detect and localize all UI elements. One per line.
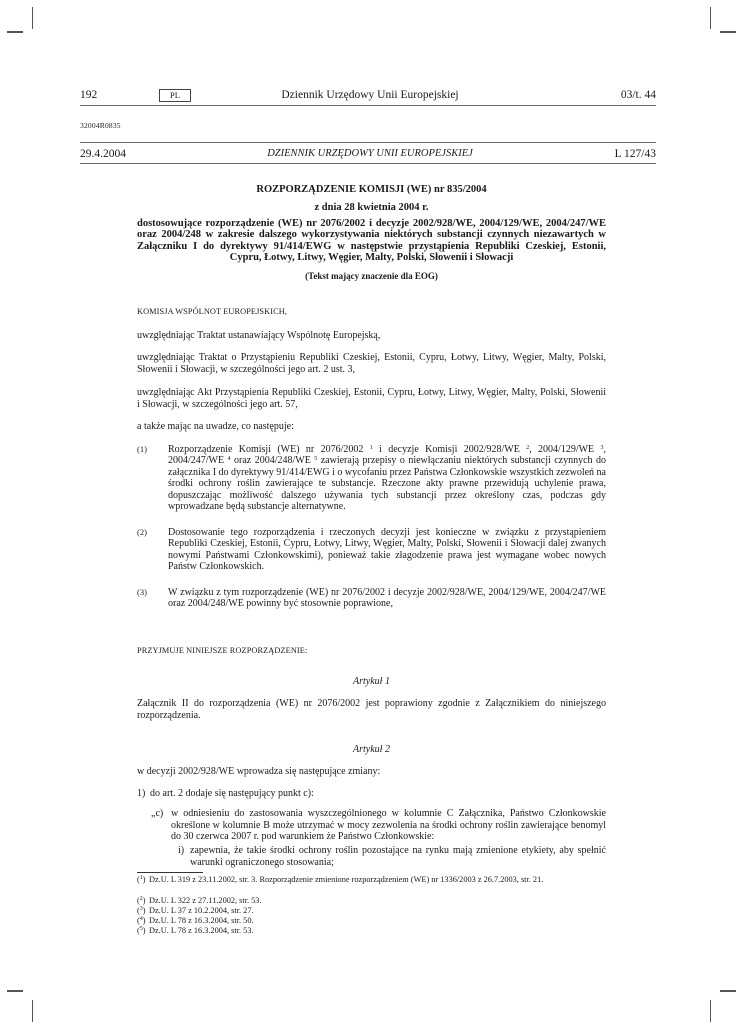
crop-mark [7,990,23,992]
footnote-number: (4) [137,916,146,926]
issuer: KOMISJA WSPÓLNOT EUROPEJSKICH, [137,306,606,318]
article-2-point-c: „c) w odniesieniu do zastosowania wyszcz… [137,808,606,843]
article-2-point-i: i) zapewnia, że takie środki ochrony roś… [137,845,606,868]
original-date: 29.4.2004 [80,147,126,161]
recital-number: (3) [137,587,147,598]
citation: uwzględniając Akt Przystąpienia Republik… [137,387,606,410]
footnote: (2) Dz.U. L 322 z 27.11.2002, str. 53. [137,896,606,906]
footnote-text: Dz.U. L 322 z 27.11.2002, str. 53. [149,896,606,906]
point-text: do art. 2 dodaje się następujący punkt c… [150,788,606,800]
recital-3: (3) W związku z tym rozporządzenie (WE) … [137,587,606,610]
article-2-point-1: 1) do art. 2 dodaje się następujący punk… [137,788,606,800]
point-label: 1) [137,788,145,800]
recital-number: (2) [137,527,147,538]
crop-mark [710,7,711,29]
recital-1: (1) Rozporządzenie Komisji (WE) nr 2076/… [137,444,606,512]
celex-number: 32004R0835 [80,121,121,130]
article-1-text: Załącznik II do rozporządzenia (WE) nr 2… [137,698,606,721]
crop-mark [720,990,736,992]
recital-text: W związku z tym rozporządzenie (WE) nr 2… [168,587,606,610]
footnote: (5) Dz.U. L 78 z 16.3.2004, str. 53. [137,926,606,936]
regulation-date: z dnia 28 kwietnia 2004 r. [137,202,606,213]
regulation-title: ROZPORZĄDZENIE KOMISJI (WE) nr 835/2004 [137,184,606,195]
eea-relevance-note: (Tekst mający znaczenie dla EOG) [137,271,606,281]
footnote-text: Dz.U. L 319 z 23.11.2002, str. 3. Rozpor… [149,875,606,885]
footnote: (4) Dz.U. L 78 z 16.3.2004, str. 50. [137,916,606,926]
footnote-number: (3) [137,906,146,916]
original-header-rule-top [80,142,656,143]
whereas-intro: a także mając na uwadze, co następuje: [137,421,606,433]
point-text: w odniesieniu do zastosowania wyszczegól… [171,808,606,843]
crop-mark [32,7,33,29]
citation: uwzględniając Traktat ustanawiający Wspó… [137,330,606,342]
footnote-number: (5) [137,926,146,936]
crop-mark [720,31,736,33]
article-1-heading: Artykuł 1 [137,676,606,688]
point-label: „c) [151,808,163,820]
article-2-heading: Artykuł 2 [137,744,606,756]
citation: uwzględniając Traktat o Przystąpieniu Re… [137,352,606,375]
regulation-subject: dostosowujące rozporządzenie (WE) nr 207… [137,218,606,263]
original-header-rule-bottom [80,163,656,164]
article-2-intro: w decyzji 2002/928/WE wprowadza się nast… [137,766,606,778]
header-rule [80,105,656,106]
recital-text: Dostosowanie tego rozporządzenia i rzecz… [168,527,606,573]
footnote-number: (1) [137,875,146,885]
volume-ref: 03/t. 44 [621,88,656,102]
original-reference: L 127/43 [615,147,656,161]
footnote: (1) Dz.U. L 319 z 23.11.2002, str. 3. Ro… [137,875,606,885]
recital-2: (2) Dostosowanie tego rozporządzenia i r… [137,527,606,573]
footnote-text: Dz.U. L 78 z 16.3.2004, str. 50. [149,916,606,926]
footnote-text: Dz.U. L 78 z 16.3.2004, str. 53. [149,926,606,936]
footnote: (3) Dz.U. L 37 z 10.2.2004, str. 27. [137,906,606,916]
page-number: 192 [80,88,97,102]
footnote-rule [137,872,203,873]
crop-mark [7,31,23,33]
point-text: zapewnia, że takie środki ochrony roślin… [190,845,606,868]
recital-text: Rozporządzenie Komisji (WE) nr 2076/2002… [168,444,606,512]
enacting-formula: PRZYJMUJE NINIEJSZE ROZPORZĄDZENIE: [137,645,606,657]
journal-title: Dziennik Urzędowy Unii Europejskiej [200,88,540,102]
crop-mark [32,1000,33,1022]
footnote-text: Dz.U. L 37 z 10.2.2004, str. 27. [149,906,606,916]
recital-number: (1) [137,444,147,455]
language-badge: PL [159,89,191,102]
point-label: i) [178,845,184,857]
footnote-number: (2) [137,896,146,906]
original-journal-title: DZIENNIK URZĘDOWY UNII EUROPEJSKIEJ [200,147,540,161]
crop-mark [710,1000,711,1022]
